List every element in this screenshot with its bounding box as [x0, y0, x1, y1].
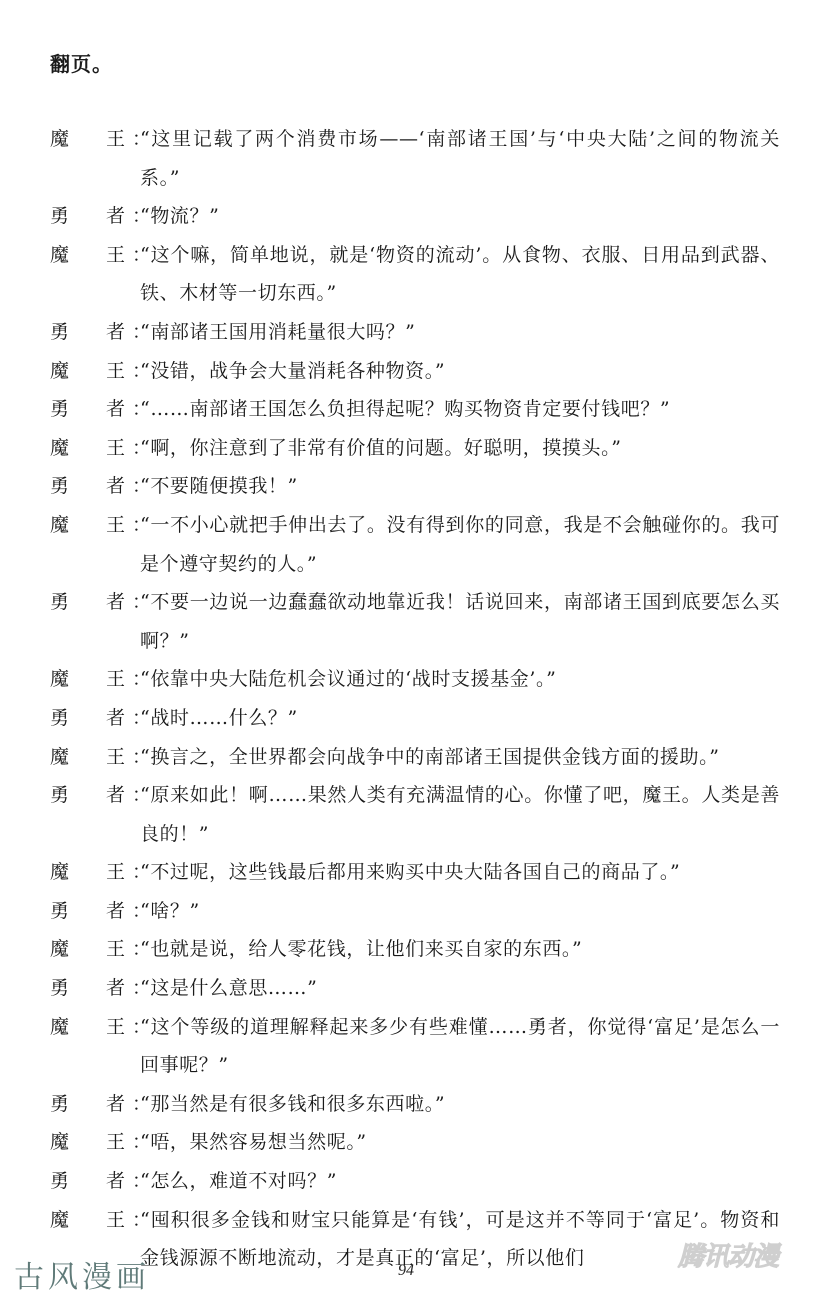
- speaker-char-2: 王: [106, 352, 132, 391]
- speaker-colon: ：: [132, 969, 140, 1008]
- speaker-label: 勇者：: [50, 892, 140, 931]
- speaker-colon: ：: [132, 1085, 140, 1124]
- speaker-label: 魔王：: [50, 236, 140, 275]
- speech-text: “不要一边说一边蠢蠢欲动地靠近我！话说回来，南部诸王国到底要怎么买啊？”: [140, 583, 780, 660]
- speaker-char-2: 者: [106, 390, 132, 429]
- dialogue-line: 勇者：“战时……什么？”: [50, 699, 780, 738]
- speaker-char-1: 勇: [50, 892, 106, 931]
- speaker-char-1: 勇: [50, 583, 106, 622]
- speaker-char-2: 王: [106, 1201, 132, 1240]
- speech-text: “依靠中央大陆危机会议通过的‘战时支援基金’。”: [140, 660, 780, 699]
- speaker-label: 魔王：: [50, 853, 140, 892]
- speaker-label: 勇者：: [50, 313, 140, 352]
- speech-text: “怎么，难道不对吗？”: [140, 1162, 780, 1201]
- dialogue-line: 勇者：“这是什么意思……”: [50, 969, 780, 1008]
- page-heading: 翻页。: [50, 48, 113, 77]
- speaker-char-1: 勇: [50, 776, 106, 815]
- speaker-char-1: 魔: [50, 429, 106, 468]
- speaker-char-1: 勇: [50, 699, 106, 738]
- speaker-char-1: 勇: [50, 969, 106, 1008]
- speaker-colon: ：: [132, 738, 140, 777]
- speech-text: “这里记载了两个消费市场——‘南部诸王国’与‘中央大陆’之间的物流关系。”: [140, 120, 780, 197]
- dialogue-line: 魔王：“不过呢，这些钱最后都用来购买中央大陆各国自己的商品了。”: [50, 853, 780, 892]
- speaker-colon: ：: [132, 930, 140, 969]
- dialogue-line: 魔王：“这里记载了两个消费市场——‘南部诸王国’与‘中央大陆’之间的物流关系。”: [50, 120, 780, 197]
- speaker-char-2: 者: [106, 467, 132, 506]
- speaker-char-2: 王: [106, 930, 132, 969]
- speaker-label: 魔王：: [50, 120, 140, 159]
- speaker-label: 勇者：: [50, 467, 140, 506]
- dialogue-line: 勇者：“……南部诸王国怎么负担得起呢？购买物资肯定要付钱吧？”: [50, 390, 780, 429]
- speaker-colon: ：: [132, 1162, 140, 1201]
- speaker-char-1: 勇: [50, 390, 106, 429]
- speaker-label: 勇者：: [50, 776, 140, 815]
- dialogue-line: 勇者：“物流？”: [50, 197, 780, 236]
- speaker-char-1: 魔: [50, 506, 106, 545]
- dialogue-line: 勇者：“不要一边说一边蠢蠢欲动地靠近我！话说回来，南部诸王国到底要怎么买啊？”: [50, 583, 780, 660]
- page-number: 94: [398, 1262, 414, 1280]
- speaker-char-1: 魔: [50, 853, 106, 892]
- speaker-char-2: 者: [106, 313, 132, 352]
- speaker-char-2: 者: [106, 197, 132, 236]
- speaker-label: 勇者：: [50, 390, 140, 429]
- dialogue-line: 勇者：“啥？”: [50, 892, 780, 931]
- speaker-char-1: 魔: [50, 120, 106, 159]
- speaker-char-1: 魔: [50, 1201, 106, 1240]
- speaker-colon: ：: [132, 197, 140, 236]
- speaker-label: 勇者：: [50, 197, 140, 236]
- speech-text: “这个等级的道理解释起来多少有些难懂……勇者，你觉得‘富足’是怎么一回事呢？”: [140, 1008, 780, 1085]
- speaker-char-2: 者: [106, 699, 132, 738]
- speaker-colon: ：: [132, 699, 140, 738]
- speech-text: “南部诸王国用消耗量很大吗？”: [140, 313, 780, 352]
- speaker-char-2: 王: [106, 506, 132, 545]
- speaker-colon: ：: [132, 583, 140, 622]
- speaker-colon: ：: [132, 776, 140, 815]
- speaker-colon: ：: [132, 660, 140, 699]
- speaker-label: 勇者：: [50, 969, 140, 1008]
- speech-text: “这个嘛，简单地说，就是‘物资的流动’。从食物、衣服、日用品到武器、铁、木材等一…: [140, 236, 780, 313]
- speaker-colon: ：: [132, 1008, 140, 1047]
- speech-text: “战时……什么？”: [140, 699, 780, 738]
- speaker-label: 魔王：: [50, 506, 140, 545]
- speaker-label: 魔王：: [50, 1008, 140, 1047]
- speaker-colon: ：: [132, 352, 140, 391]
- speaker-char-1: 魔: [50, 1123, 106, 1162]
- speaker-char-2: 者: [106, 1085, 132, 1124]
- dialogue-line: 魔王：“没错，战争会大量消耗各种物资。”: [50, 352, 780, 391]
- dialogue-line: 勇者：“那当然是有很多钱和很多东西啦。”: [50, 1085, 780, 1124]
- dialogue-line: 魔王：“这个等级的道理解释起来多少有些难懂……勇者，你觉得‘富足’是怎么一回事呢…: [50, 1008, 780, 1085]
- speech-text: “不过呢，这些钱最后都用来购买中央大陆各国自己的商品了。”: [140, 853, 780, 892]
- speaker-label: 魔王：: [50, 660, 140, 699]
- speaker-colon: ：: [132, 429, 140, 468]
- dialogue-line: 魔王：“这个嘛，简单地说，就是‘物资的流动’。从食物、衣服、日用品到武器、铁、木…: [50, 236, 780, 313]
- speech-text: “这是什么意思……”: [140, 969, 780, 1008]
- speech-text: “物流？”: [140, 197, 780, 236]
- speaker-colon: ：: [132, 390, 140, 429]
- speaker-char-1: 勇: [50, 197, 106, 236]
- dialogue-line: 魔王：“囤积很多金钱和财宝只能算是‘有钱’，可是这并不等同于‘富足’。物资和金钱…: [50, 1201, 780, 1278]
- speaker-char-1: 魔: [50, 930, 106, 969]
- speaker-char-1: 勇: [50, 1085, 106, 1124]
- dialogue-line: 魔王：“也就是说，给人零花钱，让他们来买自家的东西。”: [50, 930, 780, 969]
- speech-text: “啥？”: [140, 892, 780, 931]
- speaker-label: 勇者：: [50, 583, 140, 622]
- publisher-watermark: 腾讯动漫: [678, 1236, 778, 1273]
- speaker-colon: ：: [132, 892, 140, 931]
- speaker-char-1: 魔: [50, 660, 106, 699]
- speaker-label: 勇者：: [50, 1085, 140, 1124]
- dialogue-line: 勇者：“怎么，难道不对吗？”: [50, 1162, 780, 1201]
- speaker-colon: ：: [132, 1201, 140, 1240]
- speaker-char-1: 魔: [50, 738, 106, 777]
- speaker-label: 魔王：: [50, 352, 140, 391]
- speaker-char-2: 王: [106, 1123, 132, 1162]
- speaker-char-2: 者: [106, 583, 132, 622]
- dialogue-block: 魔王：“这里记载了两个消费市场——‘南部诸王国’与‘中央大陆’之间的物流关系。”…: [50, 120, 780, 1278]
- speaker-char-2: 者: [106, 776, 132, 815]
- speaker-label: 魔王：: [50, 738, 140, 777]
- speech-text: “……南部诸王国怎么负担得起呢？购买物资肯定要付钱吧？”: [140, 390, 780, 429]
- speech-text: “唔，果然容易想当然呢。”: [140, 1123, 780, 1162]
- speaker-char-2: 王: [106, 236, 132, 275]
- speech-text: “原来如此！啊……果然人类有充满温情的心。你懂了吧，魔王。人类是善良的！”: [140, 776, 780, 853]
- speaker-colon: ：: [132, 1123, 140, 1162]
- speaker-colon: ：: [132, 467, 140, 506]
- dialogue-line: 魔王：“一不小心就把手伸出去了。没有得到你的同意，我是不会触碰你的。我可是个遵守…: [50, 506, 780, 583]
- speaker-char-2: 者: [106, 892, 132, 931]
- speaker-label: 勇者：: [50, 699, 140, 738]
- dialogue-line: 魔王：“换言之，全世界都会向战争中的南部诸王国提供金钱方面的援助。”: [50, 738, 780, 777]
- speaker-label: 魔王：: [50, 930, 140, 969]
- speaker-char-2: 王: [106, 660, 132, 699]
- speaker-char-2: 王: [106, 1008, 132, 1047]
- speech-text: “没错，战争会大量消耗各种物资。”: [140, 352, 780, 391]
- speech-text: “啊，你注意到了非常有价值的问题。好聪明，摸摸头。”: [140, 429, 780, 468]
- speaker-char-1: 勇: [50, 313, 106, 352]
- speaker-label: 勇者：: [50, 1162, 140, 1201]
- speaker-char-2: 王: [106, 738, 132, 777]
- speaker-colon: ：: [132, 236, 140, 275]
- speaker-char-1: 魔: [50, 236, 106, 275]
- dialogue-line: 勇者：“不要随便摸我！”: [50, 467, 780, 506]
- speech-text: “不要随便摸我！”: [140, 467, 780, 506]
- speaker-char-2: 王: [106, 429, 132, 468]
- speaker-char-2: 王: [106, 853, 132, 892]
- speech-text: “那当然是有很多钱和很多东西啦。”: [140, 1085, 780, 1124]
- dialogue-line: 魔王：“依靠中央大陆危机会议通过的‘战时支援基金’。”: [50, 660, 780, 699]
- speaker-char-1: 勇: [50, 467, 106, 506]
- dialogue-line: 勇者：“原来如此！啊……果然人类有充满温情的心。你懂了吧，魔王。人类是善良的！”: [50, 776, 780, 853]
- speaker-colon: ：: [132, 506, 140, 545]
- speaker-label: 魔王：: [50, 1201, 140, 1240]
- speech-text: “一不小心就把手伸出去了。没有得到你的同意，我是不会触碰你的。我可是个遵守契约的…: [140, 506, 780, 583]
- speaker-colon: ：: [132, 120, 140, 159]
- dialogue-line: 魔王：“唔，果然容易想当然呢。”: [50, 1123, 780, 1162]
- speaker-char-2: 王: [106, 120, 132, 159]
- speaker-char-1: 魔: [50, 1008, 106, 1047]
- speaker-char-1: 魔: [50, 352, 106, 391]
- speaker-colon: ：: [132, 313, 140, 352]
- dialogue-line: 魔王：“啊，你注意到了非常有价值的问题。好聪明，摸摸头。”: [50, 429, 780, 468]
- speech-text: “也就是说，给人零花钱，让他们来买自家的东西。”: [140, 930, 780, 969]
- speaker-label: 魔王：: [50, 429, 140, 468]
- site-logo-watermark: 古风漫画: [14, 1252, 150, 1291]
- speaker-colon: ：: [132, 853, 140, 892]
- speech-text: “换言之，全世界都会向战争中的南部诸王国提供金钱方面的援助。”: [140, 738, 780, 777]
- speaker-char-2: 者: [106, 969, 132, 1008]
- speaker-char-2: 者: [106, 1162, 132, 1201]
- speaker-char-1: 勇: [50, 1162, 106, 1201]
- dialogue-line: 勇者：“南部诸王国用消耗量很大吗？”: [50, 313, 780, 352]
- speaker-label: 魔王：: [50, 1123, 140, 1162]
